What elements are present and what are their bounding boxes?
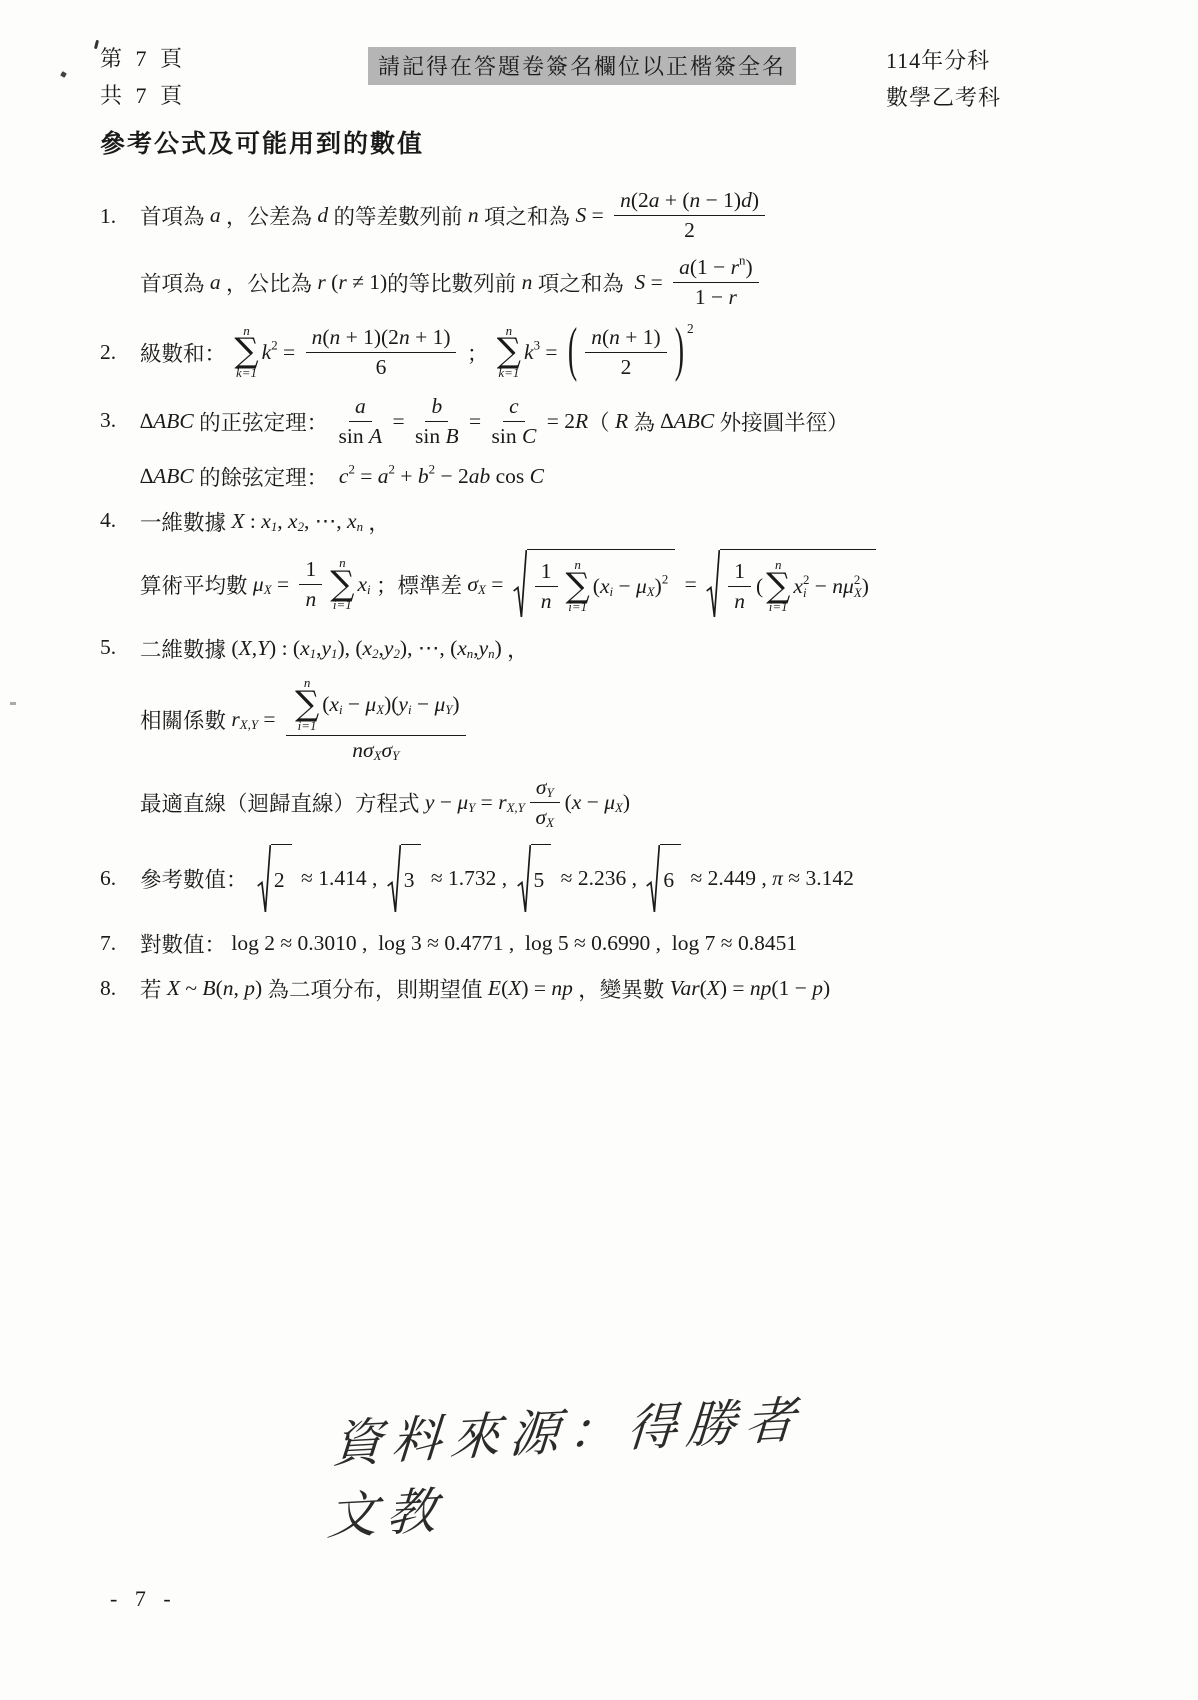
- math-variable: n: [329, 325, 340, 350]
- math-operator: ): [255, 976, 262, 1001]
- superscript: n: [739, 254, 745, 269]
- math-variable: n: [591, 325, 602, 350]
- math-operator: ,: [277, 509, 288, 534]
- math-variable: μ: [365, 692, 376, 717]
- formula-item-1: 1. 首項為 a ，公差為 d 的等差數列前 n 項之和為 S = n(2a +…: [100, 188, 1110, 310]
- math-text: 外接圓半徑）: [714, 406, 848, 437]
- math-scripted: μY: [434, 692, 452, 717]
- math-scripted: μX: [604, 790, 623, 815]
- math-scripted: yi: [398, 692, 411, 717]
- math-variable: μ: [434, 692, 445, 717]
- subscript: X,Y: [240, 718, 258, 733]
- superscript: 2: [429, 463, 435, 478]
- fraction: csin C: [492, 394, 537, 449]
- math-operator: ) : (: [269, 636, 300, 661]
- math-variable: X: [508, 976, 521, 1001]
- superscript: 2: [389, 463, 395, 478]
- numerator: 1: [728, 559, 751, 587]
- math-variable: x: [261, 509, 271, 534]
- math-operator: ): [823, 976, 830, 1001]
- numerator: 1: [535, 559, 558, 587]
- subscript: n: [467, 647, 473, 662]
- math-variable: y: [398, 692, 408, 717]
- math-scripted: c2: [339, 464, 355, 489]
- superscript: 2: [348, 463, 354, 478]
- math-operator: ): [752, 188, 759, 213]
- subscript: 1: [331, 647, 337, 662]
- superscript: 3: [534, 338, 540, 353]
- item-number: 8.: [100, 973, 140, 1004]
- math-variable: π: [772, 866, 783, 891]
- math-function: log: [672, 931, 699, 956]
- summation: n∑k=1: [497, 324, 521, 380]
- item-number: 1.: [100, 188, 140, 310]
- math-function: sin: [492, 424, 522, 449]
- summation: n∑i=1: [766, 558, 790, 614]
- math-operator: (: [756, 574, 763, 599]
- scan-artifact: [60, 71, 67, 78]
- math-variable: X: [231, 509, 244, 534]
- math-variable: n: [399, 325, 410, 350]
- formula-line: 首項為 a ，公比為 r (r ≠ 1)的等比數列前 n 項之和為 S = a(…: [140, 255, 1110, 310]
- math-text: ，公差為: [221, 200, 318, 231]
- formula-list: 1. 首項為 a ，公差為 d 的等差數列前 n 項之和為 S = n(2a +…: [100, 188, 1110, 1004]
- math-scripted: xi: [357, 572, 370, 597]
- close-paren-icon: ): [675, 318, 684, 387]
- denominator: sin C: [492, 422, 537, 449]
- subscript: i: [803, 587, 807, 601]
- math-operator: 1: [734, 559, 745, 584]
- math-scripted: μX: [365, 692, 384, 717]
- math-scripted: x1: [261, 509, 277, 534]
- math-operator: 2: [274, 868, 285, 893]
- math-scripted: x2i: [793, 573, 809, 600]
- denominator: σX: [535, 803, 553, 830]
- math-text: ，: [363, 506, 390, 537]
- item-number: 7.: [100, 928, 140, 959]
- formula-line: ∆ABC 的正弦定理： asin A = bsin B = csin C = 2…: [140, 394, 1110, 449]
- sigma-icon: ∑: [234, 338, 258, 366]
- radicand: 1nn∑i=1(xi − μX)2: [527, 549, 676, 619]
- math-scripted: yn: [479, 636, 495, 661]
- math-operator: −: [581, 790, 604, 815]
- open-paren-icon: (: [568, 318, 577, 387]
- math-operator: (: [593, 574, 600, 599]
- math-text: 項之和為: [479, 200, 576, 231]
- math-variable: x: [572, 790, 582, 815]
- math-scripted: σX: [363, 738, 381, 763]
- math-variable: x: [300, 636, 310, 661]
- math-variable: ab: [469, 464, 491, 489]
- formula-item-2: 2. 級數和： n∑k=1k2 = n(n + 1)(2n + 1)6 ； n∑…: [100, 324, 1110, 380]
- math-operator: (: [602, 325, 609, 350]
- denominator: n: [541, 587, 552, 614]
- sigma-icon: ∑: [766, 573, 790, 601]
- math-operator: −: [434, 790, 457, 815]
- math-operator: =: [486, 572, 509, 597]
- sum-lower-limit: k=1: [236, 366, 257, 380]
- fraction: n(2a + (n − 1)d)2: [614, 188, 765, 243]
- math-variable: A: [369, 424, 382, 449]
- math-variable: k: [524, 340, 534, 365]
- math-operator: =: [272, 572, 295, 597]
- math-variable: n: [541, 589, 552, 614]
- fraction: n(n + 1)(2n + 1)6: [306, 325, 457, 380]
- formula-item-6: 6. 參考數值： 2 ≈ 1.414 , 3 ≈ 1.732 , 5 ≈ 2.2…: [100, 844, 1110, 914]
- math-variable: a: [355, 394, 366, 419]
- subscript: i: [339, 703, 343, 718]
- math-variable: S: [575, 203, 586, 228]
- subscript: Y: [445, 703, 452, 718]
- subscript: i: [408, 703, 412, 718]
- formula-line: 一維數據 X : x1, x2, ⋯, xn ，: [140, 506, 1110, 537]
- exam-reference-page: 第 7 頁 共 7 頁 請記得在答題卷簽名欄位以正楷簽全名 114年分科 數學乙…: [0, 0, 1198, 1700]
- math-variable: n: [223, 976, 234, 1001]
- subscript: X: [854, 587, 862, 601]
- math-variable: a: [679, 255, 690, 280]
- scan-artifact: [94, 40, 99, 49]
- math-variable: μ: [604, 790, 615, 815]
- math-variable: n: [468, 203, 479, 228]
- square-root: 6: [646, 844, 681, 914]
- math-operator: −: [343, 692, 366, 717]
- math-operator: ≈ 2.236 ,: [555, 866, 642, 891]
- math-scripted: μ2X: [843, 573, 862, 600]
- subscript: 2: [393, 647, 399, 662]
- math-operator: (: [565, 790, 572, 815]
- math-scripted: x2: [288, 509, 304, 534]
- numerator: n(2a + (n − 1)d): [614, 188, 765, 216]
- math-operator: ∆: [660, 409, 673, 434]
- math-text: 項之和為: [532, 267, 634, 298]
- math-operator: −: [412, 692, 435, 717]
- math-operator: ,: [233, 976, 244, 1001]
- numerator: a(1 − rn): [673, 255, 759, 283]
- math-function: log: [378, 931, 405, 956]
- math-scripted: σY: [536, 775, 554, 800]
- math-operator: + (: [660, 188, 690, 213]
- math-variable: x: [793, 574, 803, 599]
- math-variable: X: [167, 976, 180, 1001]
- numerator: 1: [299, 557, 322, 585]
- math-variable: np: [750, 976, 772, 1001]
- math-operator: (1 −: [771, 976, 812, 1001]
- math-scripted: xn: [457, 636, 473, 661]
- radicand: 6: [660, 844, 681, 914]
- math-variable: σ: [381, 738, 392, 763]
- math-variable: σ: [535, 805, 546, 830]
- math-variable: r: [729, 285, 737, 310]
- math-operator: ~: [180, 976, 202, 1001]
- math-variable: n: [620, 188, 631, 213]
- math-variable: μ: [253, 572, 264, 597]
- superscript: 2: [687, 321, 694, 337]
- exam-name-block: 114年分科 數學乙考科: [886, 42, 1001, 116]
- math-variable: r: [338, 270, 346, 295]
- formula-line: 對數值： log 2 ≈ 0.3010 , log 3 ≈ 0.4771 , l…: [140, 928, 1110, 959]
- math-operator: 7 ≈ 0.8451: [699, 931, 797, 956]
- math-variable: y: [321, 636, 331, 661]
- math-variable: x: [357, 572, 367, 597]
- denominator: 2: [621, 353, 632, 380]
- math-text: 若: [140, 973, 167, 1004]
- math-operator: (: [700, 976, 707, 1001]
- superscript: 2: [271, 338, 277, 353]
- sigma-icon: ∑: [330, 571, 354, 599]
- math-operator: ) =: [720, 976, 750, 1001]
- math-operator: ): [623, 790, 630, 815]
- math-operator: (: [216, 976, 223, 1001]
- numerator: a: [349, 394, 372, 422]
- math-variable: a: [210, 203, 221, 228]
- formula-line: 若 X ~ B(n, p) 為二項分布，則期望值 E(X) = np ，變異數 …: [140, 973, 1110, 1004]
- math-operator: (2: [631, 188, 649, 213]
- math-operator: = 2: [541, 409, 575, 434]
- math-text: 最適直線（迴歸直線）方程式: [140, 787, 425, 818]
- summation: n∑i=1: [566, 558, 590, 614]
- numerator: n(n + 1): [585, 325, 666, 353]
- superscript: 2: [662, 573, 668, 588]
- sum-lower-limit: i=1: [333, 598, 352, 612]
- math-text: 為: [628, 406, 660, 437]
- math-text: 的等比數列前: [387, 267, 521, 298]
- math-variable: μ: [843, 574, 854, 599]
- math-text: 二維數據: [140, 633, 231, 664]
- sub-sup-stack: 2i: [803, 574, 809, 601]
- subscript: 1: [271, 520, 277, 535]
- subscript: X: [647, 585, 655, 600]
- subscript: X: [478, 583, 486, 598]
- math-variable: Var: [670, 976, 700, 1001]
- math-variable: x: [288, 509, 298, 534]
- radicand: 1n(n∑i=1x2i − nμ2X): [720, 549, 876, 619]
- summation: n∑i=1: [330, 556, 354, 612]
- math-text: 首項為: [140, 267, 210, 298]
- formula-line: 參考數值： 2 ≈ 1.414 , 3 ≈ 1.732 , 5 ≈ 2.236 …: [140, 844, 1110, 914]
- math-variable: μ: [636, 574, 647, 599]
- math-scripted: x1: [300, 636, 316, 661]
- math-variable: x: [363, 636, 373, 661]
- subscript: 2: [372, 647, 378, 662]
- math-text: 的正弦定理：: [194, 406, 334, 437]
- fraction: a(1 − rn)1 − r: [673, 255, 759, 310]
- math-function: cos: [490, 464, 529, 489]
- math-scripted: xi: [600, 574, 613, 599]
- radicand: 5: [531, 844, 552, 914]
- math-variable: ABC: [153, 464, 194, 489]
- radicand: 3: [401, 844, 422, 914]
- math-variable: n: [352, 738, 363, 763]
- denominator: 6: [376, 353, 387, 380]
- page-number-label: 第 7 頁: [100, 40, 186, 77]
- math-variable: Y: [257, 636, 269, 661]
- summation: n∑k=1: [234, 324, 258, 380]
- math-scripted: σY: [381, 738, 399, 763]
- math-variable: np: [551, 976, 573, 1001]
- math-operator: ): [655, 574, 662, 599]
- denominator: sin A: [339, 422, 383, 449]
- math-scripted: a2: [378, 464, 395, 489]
- math-operator: ), (: [337, 636, 362, 661]
- math-operator: )(: [384, 692, 398, 717]
- math-variable: y: [425, 790, 435, 815]
- math-operator: 5 ≈ 0.6990 ,: [552, 931, 671, 956]
- math-variable: b: [418, 464, 429, 489]
- math-scripted: rX,Y: [231, 707, 258, 732]
- math-variable: x: [600, 574, 610, 599]
- math-scripted: σX: [467, 572, 485, 597]
- sqrt-icon: [513, 549, 527, 619]
- math-operator: 6: [376, 355, 387, 380]
- page-count-block: 第 7 頁 共 7 頁: [100, 40, 186, 114]
- math-operator: =: [464, 409, 487, 434]
- square-root: 5: [517, 844, 552, 914]
- math-scripted: μX: [636, 574, 655, 599]
- math-text: 對數值：: [140, 928, 231, 959]
- math-operator: (: [326, 270, 339, 295]
- math-operator: ≈ 1.414 ,: [296, 866, 383, 891]
- formula-line: 首項為 a ，公差為 d 的等差數列前 n 項之和為 S = n(2a + (n…: [140, 188, 1110, 243]
- subscript: Y: [546, 786, 553, 801]
- math-scripted: k2: [262, 340, 278, 365]
- radicand: 2: [271, 844, 292, 914]
- fraction: n(n + 1)2: [585, 325, 666, 380]
- formula-line: 算術平均數 μX = 1nn∑i=1xi ；標準差 σX = 1nn∑i=1(x…: [140, 549, 1110, 619]
- math-text: 一維數據: [140, 506, 231, 537]
- math-variable: r: [317, 270, 325, 295]
- math-operator: + 1): [410, 325, 451, 350]
- math-variable: n: [522, 270, 533, 295]
- math-operator: , ⋯,: [304, 509, 347, 534]
- item-number: 5.: [100, 633, 140, 829]
- math-operator: 3 ≈ 0.4771 ,: [406, 931, 525, 956]
- math-operator: =: [679, 572, 702, 597]
- math-variable: x: [457, 636, 467, 661]
- math-operator: ≈ 1.732 ,: [425, 866, 512, 891]
- math-operator: =: [586, 203, 609, 228]
- math-scripted: xn: [347, 509, 363, 534]
- math-scripted: x2: [363, 636, 379, 661]
- denominator: nσXσY: [352, 736, 399, 763]
- math-variable: d: [317, 203, 328, 228]
- math-text: 為二項分布，則期望值: [262, 973, 488, 1004]
- square-root: 3: [387, 844, 422, 914]
- square-root: 1nn∑i=1(xi − μX)2: [513, 549, 676, 619]
- sum-lower-limit: i=1: [568, 600, 587, 614]
- subscript: X: [615, 801, 623, 816]
- math-variable: a: [649, 188, 660, 213]
- footer-page-number: - 7 -: [110, 1586, 177, 1612]
- source-handwriting: 資料來源：得勝者文教: [325, 1379, 814, 1549]
- subscript: X: [264, 583, 272, 598]
- math-function: sin: [339, 424, 369, 449]
- formula-line: 二維數據 (X,Y) : (x1,y1), (x2,y2), ⋯, (xn,yn…: [140, 633, 1110, 664]
- fraction: bsin B: [415, 394, 459, 449]
- math-operator: =: [540, 340, 563, 365]
- math-operator: (1 −: [690, 255, 731, 280]
- math-variable: a: [378, 464, 389, 489]
- math-text: 首項為: [140, 200, 210, 231]
- math-scripted: k3: [524, 340, 540, 365]
- math-function: sin: [415, 424, 445, 449]
- sigma-icon: ∑: [497, 338, 521, 366]
- denominator: n: [305, 585, 316, 612]
- math-scripted: σX: [535, 805, 553, 830]
- math-variable: x: [347, 509, 357, 534]
- math-text: 算術平均數: [140, 569, 253, 600]
- math-operator: ): [452, 692, 459, 717]
- math-text: 相關係數: [140, 704, 231, 735]
- subscript: i: [367, 583, 371, 598]
- math-variable: σ: [467, 572, 478, 597]
- math-operator: 2: [684, 218, 695, 243]
- fraction: 1n: [728, 559, 751, 614]
- math-variable: σ: [536, 775, 547, 800]
- math-operator: 1 −: [695, 285, 729, 310]
- math-operator: 1: [305, 557, 316, 582]
- math-variable: c: [509, 394, 519, 419]
- math-variable: C: [530, 464, 544, 489]
- math-text: 級數和：: [140, 337, 231, 368]
- subscript: 1: [310, 647, 316, 662]
- math-variable: B: [202, 976, 215, 1001]
- page-total-label: 共 7 頁: [100, 77, 186, 114]
- formula-item-5: 5. 二維數據 (X,Y) : (x1,y1), (x2,y2), ⋯, (xn…: [100, 633, 1110, 829]
- subscript: 2: [298, 520, 304, 535]
- numerator: b: [425, 394, 448, 422]
- math-variable: p: [244, 976, 255, 1001]
- subscript: X: [374, 749, 382, 764]
- sqrt-icon: [387, 844, 401, 914]
- math-text: 的餘弦定理：: [194, 461, 339, 492]
- superscript: 2: [803, 574, 809, 588]
- math-operator: 2 ≈ 0.3010 ,: [259, 931, 378, 956]
- math-operator: −: [809, 574, 832, 599]
- math-operator: − 2: [435, 464, 469, 489]
- denominator: n: [734, 587, 745, 614]
- math-operator: 6: [663, 868, 674, 893]
- math-operator: 2: [621, 355, 632, 380]
- math-operator: + 1): [620, 325, 661, 350]
- math-text: ；標準差: [371, 569, 468, 600]
- math-operator: =: [475, 790, 498, 815]
- subscript: i: [610, 585, 614, 600]
- math-operator: ), ⋯, (: [400, 636, 457, 661]
- paren-group: (n(n + 1)2)2: [565, 325, 694, 380]
- math-operator: 1: [541, 559, 552, 584]
- subscript: Y: [468, 801, 475, 816]
- math-variable: n: [832, 574, 843, 599]
- page-title: 參考公式及可能用到的數值: [100, 124, 424, 160]
- math-operator: ) =: [521, 976, 551, 1001]
- math-function: log: [525, 931, 552, 956]
- square-root: 1n(n∑i=1x2i − nμ2X): [706, 549, 876, 619]
- math-operator: (: [322, 325, 329, 350]
- sum-lower-limit: i=1: [298, 719, 317, 733]
- fraction: asin A: [339, 394, 383, 449]
- formula-line: 級數和： n∑k=1k2 = n(n + 1)(2n + 1)6 ； n∑k=1…: [140, 324, 1110, 380]
- math-text: ；: [461, 337, 493, 368]
- fraction: 1n: [299, 557, 322, 612]
- math-operator: =: [258, 707, 281, 732]
- fraction: n∑i=1(xi − μX)(yi − μY)nσXσY: [286, 676, 466, 762]
- math-operator: ): [745, 255, 752, 280]
- math-variable: ABC: [153, 409, 194, 434]
- math-operator: ∆: [140, 464, 153, 489]
- sqrt-icon: [257, 844, 271, 914]
- math-operator: =: [278, 340, 301, 365]
- math-scripted: μY: [457, 790, 475, 815]
